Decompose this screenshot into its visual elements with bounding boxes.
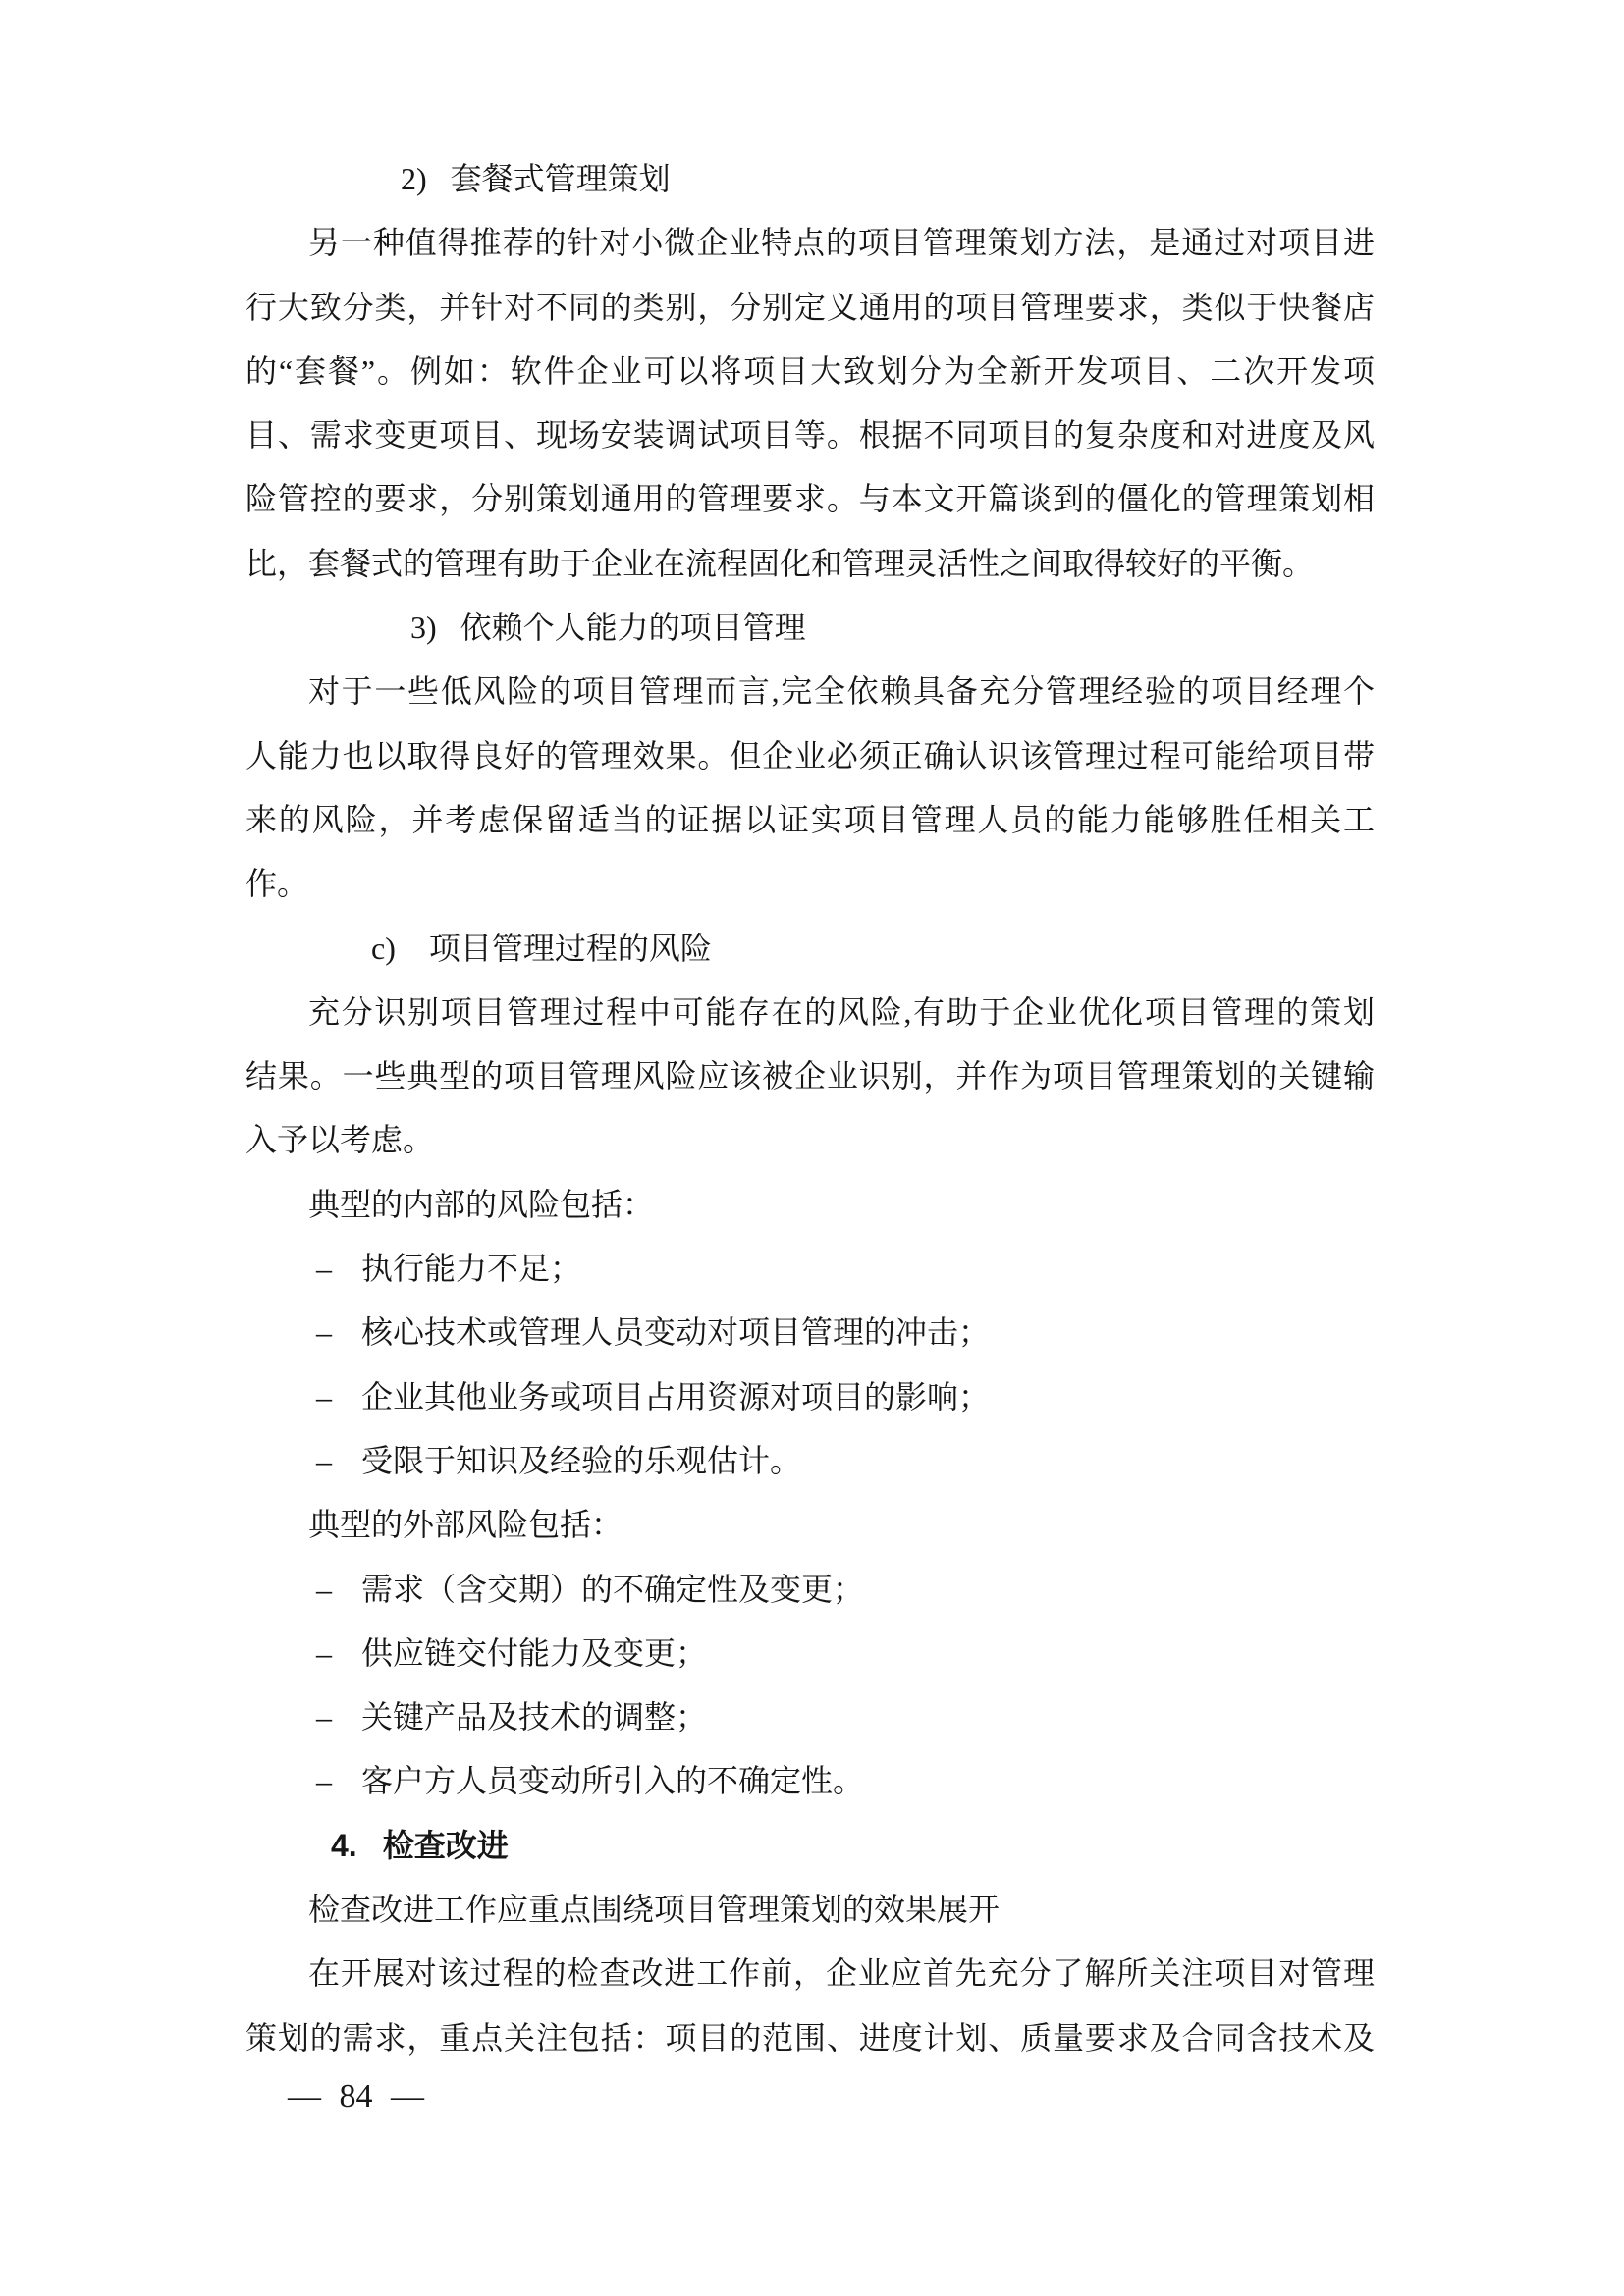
heading-number: c) [371, 931, 396, 966]
heading-project-management-process-risk: c)项目管理过程的风险 [245, 917, 1375, 981]
bullet-text: 执行能力不足； [361, 1237, 581, 1301]
bullet-dash-icon: – [316, 1749, 361, 1813]
paragraph-line: 作。 [245, 852, 1375, 916]
heading-packaged-management-planning: 2)套餐式管理策划 [245, 147, 1375, 211]
heading-individual-capability-management: 3)依赖个人能力的项目管理 [245, 596, 1375, 660]
heading-title: 检查改进 [383, 1828, 509, 1863]
bullet-text: 需求（含交期）的不确定性及变更； [361, 1558, 864, 1622]
heading-number: 4. [331, 1828, 357, 1863]
paragraph-line: 对于一些低风险的项目管理而言,完全依赖具备充分管理经验的项目经理个 [245, 660, 1375, 723]
bullet-item: –核心技术或管理人员变动对项目管理的冲击； [245, 1301, 1375, 1364]
bullet-dash-icon: – [316, 1237, 361, 1301]
bullet-item: –受限于知识及经验的乐观估计。 [245, 1429, 1375, 1493]
bullet-item: –供应链交付能力及变更； [245, 1622, 1375, 1685]
bullet-text: 核心技术或管理人员变动对项目管理的冲击； [361, 1301, 990, 1364]
heading-title: 依赖个人能力的项目管理 [460, 610, 806, 645]
paragraph-line: 策划的需求，重点关注包括：项目的范围、进度计划、质量要求及合同含技术及 [245, 2006, 1375, 2070]
bullet-text: 关键产品及技术的调整； [361, 1685, 707, 1749]
heading-number: 2) [401, 161, 427, 196]
paragraph-line: 充分识别项目管理过程中可能存在的风险,有助于企业优化项目管理的策划 [245, 981, 1375, 1044]
heading-title: 项目管理过程的风险 [429, 931, 712, 966]
bullet-dash-icon: – [316, 1365, 361, 1429]
bullet-text: 客户方人员变动所引入的不确定性。 [361, 1749, 864, 1813]
bullet-item: –执行能力不足； [245, 1237, 1375, 1301]
bullet-item: –需求（含交期）的不确定性及变更； [245, 1558, 1375, 1622]
heading-title: 套餐式管理策划 [451, 161, 671, 196]
bullet-dash-icon: – [316, 1558, 361, 1622]
subheading-line: 检查改进工作应重点围绕项目管理策划的效果展开 [245, 1878, 1375, 1942]
paragraph-line: 比，套餐式的管理有助于企业在流程固化和管理灵活性之间取得较好的平衡。 [245, 532, 1375, 596]
document-text-block: 2)套餐式管理策划 另一种值得推荐的针对小微企业特点的项目管理策划方法，是通过对… [245, 147, 1375, 2070]
bullet-dash-icon: – [316, 1301, 361, 1364]
paragraph-line: 来的风险，并考虑保留适当的证据以证实项目管理人员的能力能够胜任相关工 [245, 788, 1375, 852]
paragraph-line: 的“套餐”。例如：软件企业可以将项目大致划分为全新开发项目、二次开发项 [245, 340, 1375, 403]
paragraph-line: 另一种值得推荐的针对小微企业特点的项目管理策划方法，是通过对项目进 [245, 211, 1375, 275]
bullet-text: 供应链交付能力及变更； [361, 1622, 707, 1685]
bullet-dash-icon: – [316, 1622, 361, 1685]
list-intro-internal-risks: 典型的内部的风险包括： [245, 1173, 1375, 1237]
heading-number: 3) [410, 610, 437, 645]
bullet-text: 企业其他业务或项目占用资源对项目的影响； [361, 1365, 990, 1429]
bullet-item: –客户方人员变动所引入的不确定性。 [245, 1749, 1375, 1813]
bullet-dash-icon: – [316, 1685, 361, 1749]
document-page: 2)套餐式管理策划 另一种值得推荐的针对小微企业特点的项目管理策划方法，是通过对… [0, 0, 1624, 2296]
paragraph-line: 险管控的要求，分别策划通用的管理要求。与本文开篇谈到的僵化的管理策划相 [245, 467, 1375, 531]
bullet-item: –企业其他业务或项目占用资源对项目的影响； [245, 1365, 1375, 1429]
paragraph-line: 目、需求变更项目、现场安装调试项目等。根据不同项目的复杂度和对进度及风 [245, 403, 1375, 467]
paragraph-line: 行大致分类，并针对不同的类别，分别定义通用的项目管理要求，类似于快餐店 [245, 276, 1375, 340]
paragraph-line: 入予以考虑。 [245, 1108, 1375, 1172]
bullet-item: –关键产品及技术的调整； [245, 1685, 1375, 1749]
heading-check-and-improve: 4.检查改进 [245, 1814, 1375, 1878]
bullet-dash-icon: – [316, 1429, 361, 1493]
paragraph-line: 在开展对该过程的检查改进工作前，企业应首先充分了解所关注项目对管理 [245, 1942, 1375, 2005]
paragraph-line: 人能力也以取得良好的管理效果。但企业必须正确认识该管理过程可能给项目带 [245, 724, 1375, 788]
bullet-text: 受限于知识及经验的乐观估计。 [361, 1429, 801, 1493]
paragraph-line: 结果。一些典型的项目管理风险应该被企业识别，并作为项目管理策划的关键输 [245, 1044, 1375, 1108]
list-intro-external-risks: 典型的外部风险包括： [245, 1493, 1375, 1557]
page-number: — 84 — [288, 2075, 424, 2118]
